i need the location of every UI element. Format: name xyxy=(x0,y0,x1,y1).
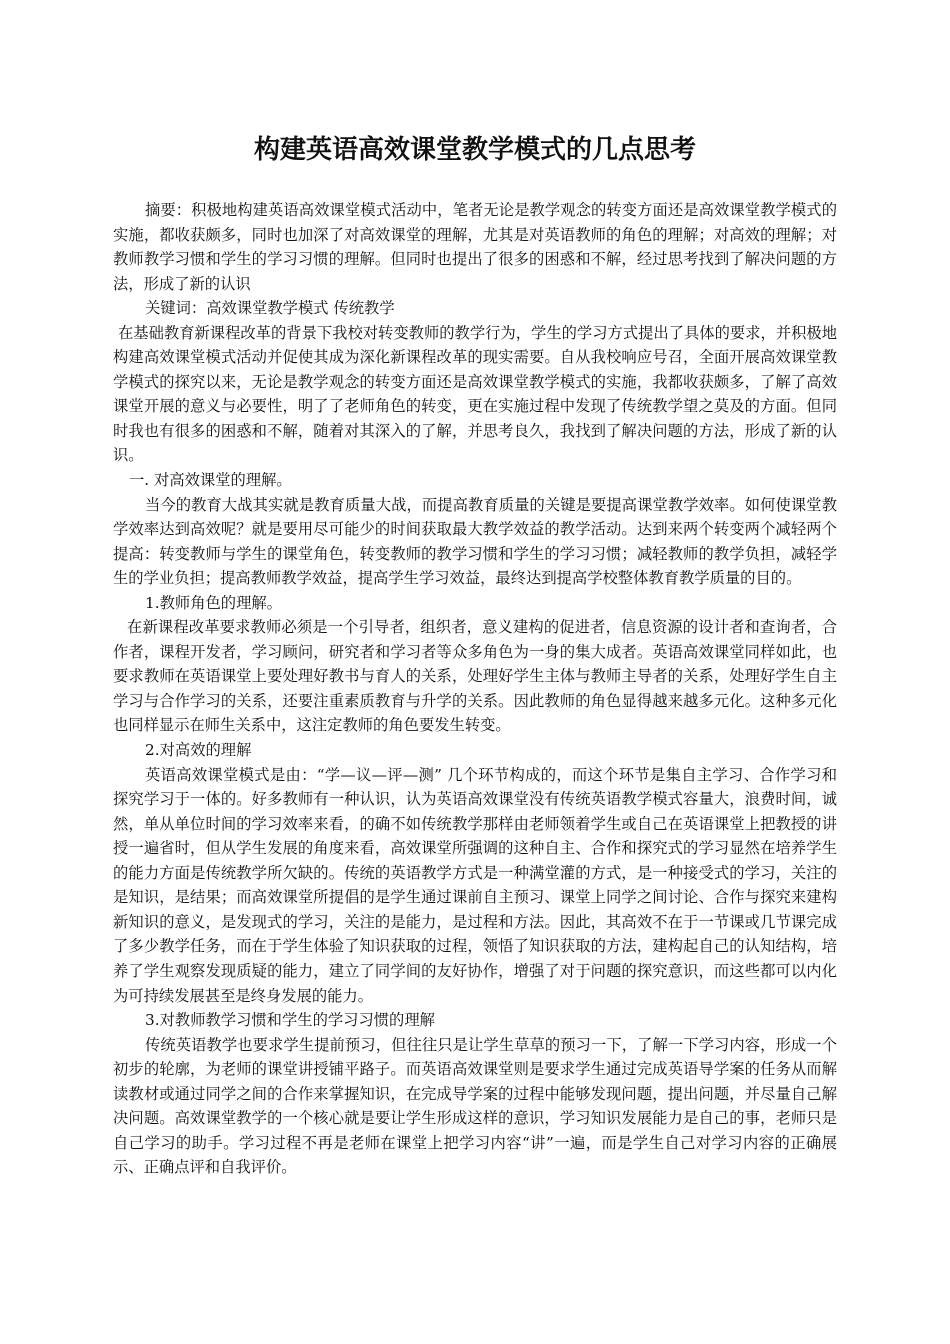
document-title: 构建英语高效课堂教学模式的几点思考 xyxy=(113,130,837,170)
subsection-3-paragraph: 传统英语教学也要求学生提前预习，但往往只是让学生草草的预习一下，了解一下学习内容… xyxy=(113,1033,837,1180)
subsection-1-paragraph: 在新课程改革要求教师必须是一个引导者，组织者，意义建构的促进者，信息资源的设计者… xyxy=(113,615,837,738)
intro-paragraph: 在基础教育新课程改革的背景下我校对转变教师的教学行为，学生的学习方式提出了具体的… xyxy=(113,321,837,468)
subsection-2-paragraph: 英语高效课堂模式是由：“学—议—评—测” 几个环节构成的，而这个环节是集自主学习… xyxy=(113,763,837,1008)
keywords-line: 关键词：高效课堂教学模式 传统教学 xyxy=(113,296,837,321)
subsection-2-heading: 2.对高效的理解 xyxy=(113,738,837,763)
subsection-1-heading: 1.教师角色的理解。 xyxy=(113,591,837,616)
document-body: 摘要：积极地构建英语高效课堂模式活动中，笔者无论是教学观念的转变方面还是高效课堂… xyxy=(113,198,837,1180)
subsection-3-heading: 3.对教师教学习惯和学生的学习习惯的理解 xyxy=(113,1008,837,1033)
section-1-paragraph: 当今的教育大战其实就是教育质量大战，而提高教育质量的关键是要提高课堂教学效率。如… xyxy=(113,493,837,591)
abstract-paragraph: 摘要：积极地构建英语高效课堂模式活动中，笔者无论是教学观念的转变方面还是高效课堂… xyxy=(113,198,837,296)
section-1-heading: 一. 对高效课堂的理解。 xyxy=(113,468,837,493)
